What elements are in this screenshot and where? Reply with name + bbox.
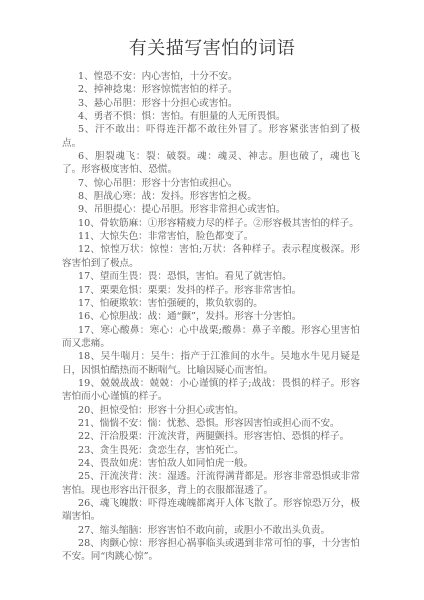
list-item: 6、胆裂魂飞：裂：破裂。魂：魂灵、神志。胆也破了，魂也飞了。形容极度害怕、恐慌。 — [62, 150, 360, 177]
list-item: 10、骨软筋麻：①形容精疲力尽的样子。②形容极其害怕的样子。 — [62, 217, 360, 230]
list-item: 3、悬心吊胆：形容十分担心或害怕。 — [62, 97, 360, 110]
list-item: 20、担惊受怕：形容十分担心或害怕。 — [62, 404, 360, 417]
list-item: 7、惊心吊胆：形容十分害怕或担心。 — [62, 177, 360, 190]
list-item: 17、栗栗危惧：栗栗：发抖的样子。形容非常害怕。 — [62, 284, 360, 297]
document-page: 有关描写害怕的词语 1、惶恐不安：内心害怕，十分不安。 2、掉神捻鬼：形容惊慌害… — [0, 0, 424, 600]
list-item: 4、勇者不惧：惧：害怕。有胆量的人无所畏惧。 — [62, 110, 360, 123]
list-item: 17、怕硬欺软：害怕强硬的，欺负软弱的。 — [62, 297, 360, 310]
list-item: 28、肉颤心惊：形容担心祸事临头或遇到非常可怕的事，十分害怕不安。同“肉跳心惊”… — [62, 537, 360, 564]
list-item: 17、望而生畏：畏：恐惧，害怕。看见了就害怕。 — [62, 270, 360, 283]
list-item: 21、惴惴不安：惴：忧愁、恐惧。形容因害怕或担心而不安。 — [62, 417, 360, 430]
list-item: 22、汗洽股栗：汗流浃背，两腿颤抖。形容害怕、恐惧的样子。 — [62, 430, 360, 443]
list-item: 11、大惊失色：非常害怕，脸色都变了。 — [62, 230, 360, 243]
list-item: 23、贪生畏死：贪恋生存，害怕死亡。 — [62, 444, 360, 457]
list-item: 5、汗不敢出：吓得连汗都不敢往外冒了。形容紧张害怕到了极点。 — [62, 123, 360, 150]
list-item: 27、缩头缩脑：形容害怕不敢向前，或胆小不敢出头负责。 — [62, 524, 360, 537]
list-item: 9、吊胆提心：提心吊胆。形容非常担心或害怕。 — [62, 203, 360, 216]
list-item: 19、兢兢战战：兢兢：小心谨慎的样子;战战：畏惧的样子。形容害怕而小心谨慎的样子… — [62, 377, 360, 404]
list-item: 17、寒心酸鼻：寒心：心中战栗;酸鼻：鼻子辛酸。形容心里害怕而又悲痛。 — [62, 324, 360, 351]
list-item: 25、汗流浃背：浃：湿透。汗流得满背都是。形容非常恐惧或非常害怕。现也形容出汗很… — [62, 470, 360, 497]
list-item: 12、惊惶万状：惊惶：害怕;万状：各种样子。表示程度极深。形容害怕到了极点。 — [62, 243, 360, 270]
list-item: 2、掉神捻鬼：形容惊慌害怕的样子。 — [62, 83, 360, 96]
list-item: 18、吴牛喘月：吴牛：指产于江淮间的水牛。吴地水牛见月疑是日，因惧怕酷热而不断喘… — [62, 350, 360, 377]
page-title: 有关描写害怕的词语 — [0, 38, 424, 60]
list-item: 16、心惊胆战：战：通“颤”，发抖。形容十分害怕。 — [62, 310, 360, 323]
list-item: 1、惶恐不安：内心害怕，十分不安。 — [62, 70, 360, 83]
word-list: 1、惶恐不安：内心害怕，十分不安。 2、掉神捻鬼：形容惊慌害怕的样子。 3、悬心… — [62, 70, 360, 564]
list-item: 24、畏敌如虎：害怕敌人如同怕虎一般。 — [62, 457, 360, 470]
list-item: 26、魂飞魄散：吓得连魂魄都离开人体飞散了。形容惊恐万分，极端害怕。 — [62, 497, 360, 524]
list-item: 8、胆战心寒：战：发抖。形容害怕之极。 — [62, 190, 360, 203]
